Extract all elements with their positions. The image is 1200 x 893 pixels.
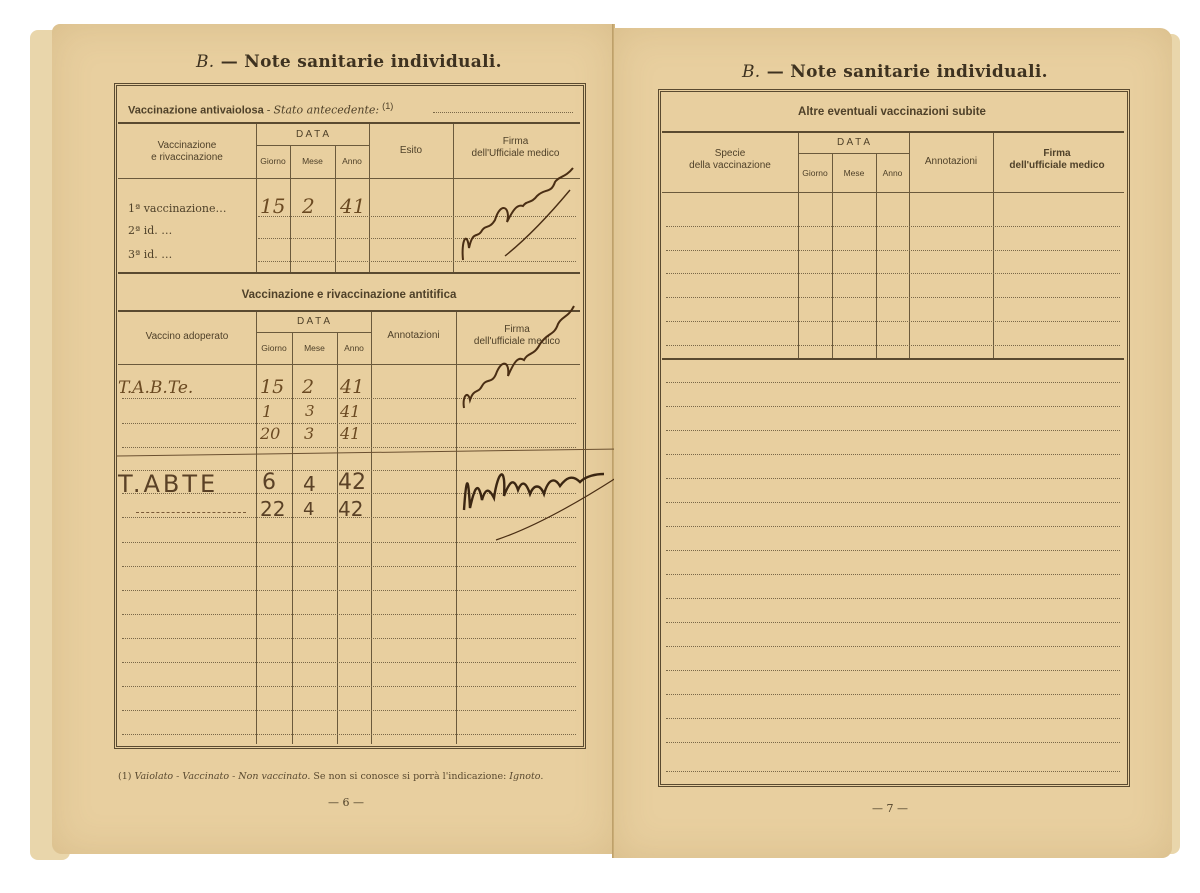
row-line xyxy=(666,321,1120,322)
col-anno: Anno xyxy=(876,167,909,179)
blank-line xyxy=(666,771,1120,772)
blank-line xyxy=(666,550,1120,551)
col-data: D A T A xyxy=(256,129,369,141)
col-label-line2: dell'Ufficiale medico xyxy=(453,148,578,160)
smallpox-heading-bold: Vaccinazione antivaiolosa xyxy=(128,105,264,117)
col-divider xyxy=(371,312,372,744)
typhoid-day-1b: 1 xyxy=(262,402,272,421)
smallpox-day-1: 15 xyxy=(260,194,285,218)
col-vaccino: Vaccino adoperato xyxy=(120,331,254,343)
blank-line xyxy=(666,502,1120,503)
col-label-line2: dell'ufficiale medico xyxy=(993,160,1121,172)
typhoid-year-1b: 41 xyxy=(340,402,360,421)
col-label-line1: Firma xyxy=(993,148,1121,160)
col-mese: Mese xyxy=(832,167,876,179)
footnote-ref: (1) xyxy=(382,101,393,111)
blank-line xyxy=(666,454,1120,455)
col-anno: Anno xyxy=(337,342,371,354)
col-esito: Esito xyxy=(369,145,453,157)
col-annotazioni: Annotazioni xyxy=(909,156,993,168)
col-giorno: Giorno xyxy=(256,342,292,354)
signature-typhoid-2 xyxy=(456,450,616,550)
row-line xyxy=(122,566,576,567)
row-line xyxy=(666,226,1120,227)
blank-line xyxy=(666,718,1120,719)
blank-line xyxy=(666,574,1120,575)
footnote-italic: Vaiolato - Vaccinato - Non vaccinato. xyxy=(135,771,311,782)
typhoid-day-1a: 15 xyxy=(260,376,284,398)
footnote: (1) Vaiolato - Vaccinato - Non vaccinato… xyxy=(118,771,543,782)
blank-line xyxy=(666,742,1120,743)
col-annotazioni: Annotazioni xyxy=(371,330,456,342)
blank-line xyxy=(666,670,1120,671)
col-data: D A T A xyxy=(256,316,371,328)
row-label-1: 1ª vaccinazione… xyxy=(128,202,227,215)
row-line xyxy=(122,638,576,639)
blank-line xyxy=(666,646,1120,647)
heading-sep: - xyxy=(264,105,274,117)
footnote-end: Ignoto. xyxy=(509,771,543,782)
blank-line xyxy=(666,382,1120,383)
col-data: D A T A xyxy=(798,137,909,149)
typhoid-year-1a: 41 xyxy=(340,376,364,398)
col-divider xyxy=(256,312,257,744)
row-label-3: 3ª id. … xyxy=(128,248,172,261)
title-text: — Note sanitarie individuali. xyxy=(767,62,1048,82)
col-divider xyxy=(876,153,877,358)
typhoid-month-1b: 3 xyxy=(305,402,315,420)
col-divider xyxy=(337,332,338,744)
col-divider xyxy=(256,124,257,272)
title-prefix: B. xyxy=(742,62,761,82)
typhoid-year-1c: 41 xyxy=(340,424,360,443)
divider xyxy=(662,131,1124,133)
data-subheader-line xyxy=(256,332,371,333)
col-label-line2: e rivaccinazione xyxy=(120,152,254,164)
title-prefix: B. xyxy=(196,52,215,72)
blank-line xyxy=(666,694,1120,695)
col-divider xyxy=(832,153,833,358)
row-label-2: 2ª id. … xyxy=(128,224,172,237)
typhoid-month-1a: 2 xyxy=(302,376,314,398)
blank-line xyxy=(666,478,1120,479)
typhoid-vaccine-2: T.ABTE xyxy=(118,470,218,498)
row-line xyxy=(122,590,576,591)
row-line xyxy=(122,710,576,711)
blank-line xyxy=(666,430,1120,431)
signature-typhoid-1 xyxy=(458,296,578,416)
left-page-title: B. — Note sanitarie individuali. xyxy=(196,52,502,72)
col-divider xyxy=(292,332,293,744)
right-page-title: B. — Note sanitarie individuali. xyxy=(742,62,1048,82)
typhoid-day-1c: 20 xyxy=(260,424,280,443)
typhoid-vaccine-1: T.A.B.Te. xyxy=(118,378,193,398)
row-line xyxy=(122,662,576,663)
blank-line xyxy=(666,622,1120,623)
signature-smallpox xyxy=(455,160,580,270)
typhoid-year-2b: 42 xyxy=(338,497,363,521)
antecedent-field-line[interactable] xyxy=(433,112,573,113)
divider xyxy=(118,272,580,274)
typhoid-day-2a: 6 xyxy=(262,470,276,495)
col-label-line1: Firma xyxy=(453,136,578,148)
footnote-marker: (1) xyxy=(118,771,131,782)
smallpox-heading-italic: Stato antecedente: xyxy=(274,104,380,117)
blank-line xyxy=(666,598,1120,599)
smallpox-year-1: 41 xyxy=(340,194,365,218)
col-giorno: Giorno xyxy=(256,155,290,167)
col-vaccinazione: Vaccinazione e rivaccinazione xyxy=(120,140,254,164)
divider xyxy=(662,358,1124,360)
smallpox-month-1: 2 xyxy=(302,194,315,218)
row-line xyxy=(666,297,1120,298)
row-line xyxy=(122,614,576,615)
row-line xyxy=(122,686,576,687)
vaccine-underline-mark xyxy=(136,512,246,513)
page-number-right: — 7 — xyxy=(872,802,908,815)
col-anno: Anno xyxy=(335,155,369,167)
page-number-left: — 6 — xyxy=(328,796,364,809)
footnote-text: Se non si conosce si porrà l'indicazione… xyxy=(310,771,509,782)
right-table-frame xyxy=(658,89,1130,787)
data-subheader-line xyxy=(798,153,909,154)
col-specie: Specie della vaccinazione xyxy=(664,148,796,172)
typhoid-year-2a: 42 xyxy=(338,470,366,495)
row-line xyxy=(666,345,1120,346)
col-mese: Mese xyxy=(292,342,337,354)
blank-line xyxy=(666,526,1120,527)
col-giorno: Giorno xyxy=(798,167,832,179)
divider xyxy=(118,122,580,124)
col-label-line1: Vaccinazione xyxy=(120,140,254,152)
typhoid-month-2a: 4 xyxy=(303,472,316,496)
header-bottom-line xyxy=(662,192,1124,193)
typhoid-day-2b: 22 xyxy=(260,497,285,521)
row-line xyxy=(122,447,576,448)
col-firma: Firma dell'Ufficiale medico xyxy=(453,136,578,160)
data-subheader-line xyxy=(256,145,369,146)
row-line xyxy=(666,250,1120,251)
row-line xyxy=(666,273,1120,274)
other-vaccinations-heading: Altre eventuali vaccinazioni subite xyxy=(662,106,1122,118)
blank-line xyxy=(666,406,1120,407)
col-mese: Mese xyxy=(290,155,335,167)
col-label-line2: della vaccinazione xyxy=(664,160,796,172)
col-label-line1: Specie xyxy=(664,148,796,160)
title-text: — Note sanitarie individuali. xyxy=(221,52,502,72)
col-firma: Firma dell'ufficiale medico xyxy=(993,148,1121,172)
typhoid-month-1c: 3 xyxy=(304,424,314,443)
typhoid-month-2b: 4 xyxy=(303,499,314,520)
smallpox-heading: Vaccinazione antivaiolosa - Stato antece… xyxy=(128,100,568,117)
row-line xyxy=(122,734,576,735)
